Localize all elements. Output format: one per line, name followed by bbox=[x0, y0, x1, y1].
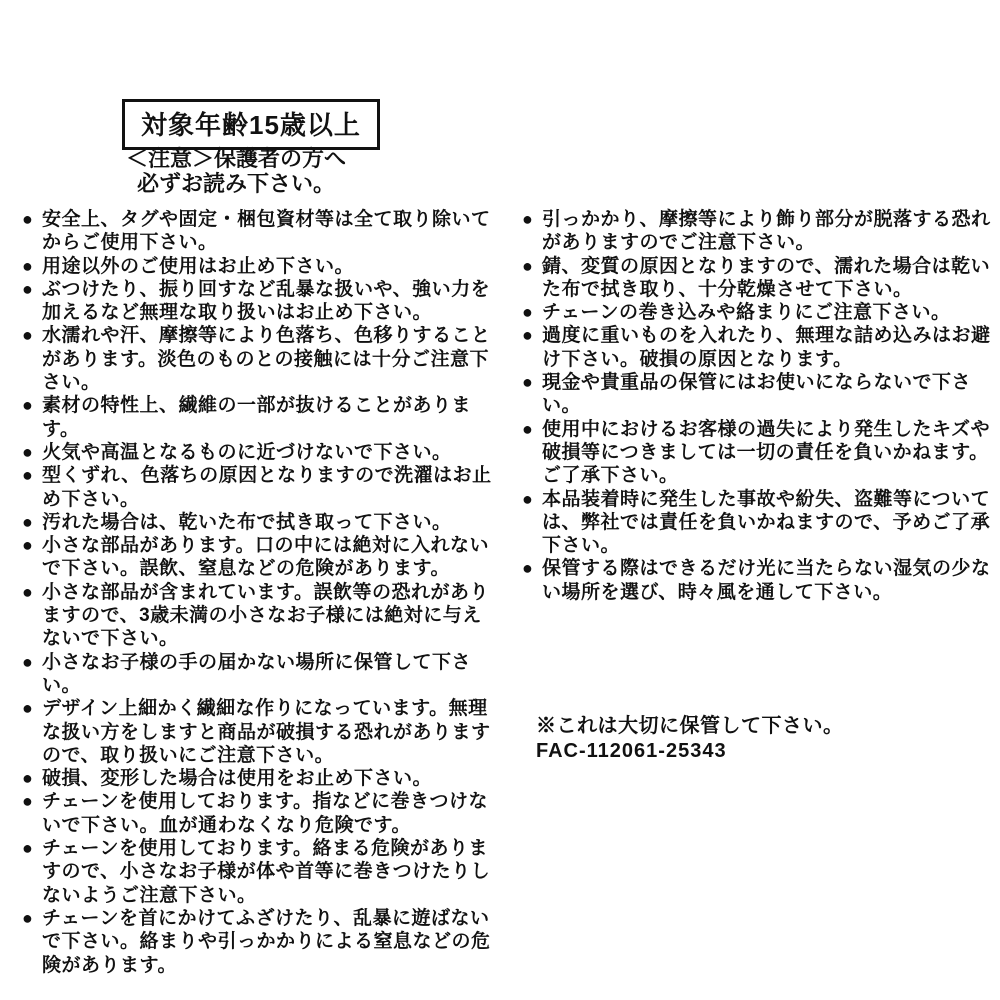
warning-text: 本品装着時に発生した事故や紛失、盗難等については、弊社では責任を負いかねますので… bbox=[542, 488, 994, 558]
caution-heading-line1: ＜注意＞保護者の方へ bbox=[76, 146, 396, 171]
warning-item: ●ぶつけたり、振り回すなど乱暴な扱いや、強い力を加えるなど無理な取り扱いはお止め… bbox=[22, 278, 500, 325]
bullet-icon: ● bbox=[522, 301, 542, 324]
bullet-icon: ● bbox=[522, 208, 542, 231]
warning-item: ●チェーンの巻き込みや絡まりにご注意下さい。 bbox=[522, 301, 994, 324]
bullet-icon: ● bbox=[22, 907, 42, 930]
bullet-icon: ● bbox=[522, 324, 542, 347]
warning-item: ●水濡れや汗、摩擦等により色落ち、色移りすることがあります。淡色のものとの接触に… bbox=[22, 324, 500, 394]
warning-label-sheet: 対象年齢15歳以上 ＜注意＞保護者の方へ 必ずお読み下さい。 ●安全上、タグや固… bbox=[0, 0, 1000, 1000]
warning-text: 使用中におけるお客様の過失により発生したキズや破損等につきましては一切の責任を負… bbox=[542, 418, 994, 488]
bullet-icon: ● bbox=[22, 581, 42, 604]
warning-text: チェーンを使用しております。指などに巻きつけないで下さい。血が通わなくなり危険で… bbox=[42, 790, 500, 837]
bullet-icon: ● bbox=[22, 464, 42, 487]
warning-item: ●用途以外のご使用はお止め下さい。 bbox=[22, 255, 500, 278]
bullet-icon: ● bbox=[522, 557, 542, 580]
bullet-icon: ● bbox=[22, 324, 42, 347]
warning-text: 素材の特性上、繊維の一部が抜けることがあります。 bbox=[42, 394, 500, 441]
warning-item: ●錆、変質の原因となりますので、濡れた場合は乾いた布で拭き取り、十分乾燥させて下… bbox=[522, 255, 994, 302]
warning-text: 引っかかり、摩擦等により飾り部分が脱落する恐れがありますのでご注意下さい。 bbox=[542, 208, 994, 255]
warning-item: ●デザイン上細かく繊細な作りになっています。無理な扱い方をしますと商品が破損する… bbox=[22, 697, 500, 767]
age-restriction-box: 対象年齢15歳以上 bbox=[122, 99, 380, 150]
warning-item: ●破損、変形した場合は使用をお止め下さい。 bbox=[22, 767, 500, 790]
caution-heading-line2: 必ずお読み下さい。 bbox=[76, 171, 396, 196]
warning-text: 安全上、タグや固定・梱包資材等は全て取り除いてからご使用下さい。 bbox=[42, 208, 500, 255]
bullet-icon: ● bbox=[22, 255, 42, 278]
storage-note-text: ※これは大切に保管して下さい。 bbox=[536, 714, 844, 739]
warning-text: 小さな部品があります。口の中には絶対に入れないで下さい。誤飲、窒息などの危険があ… bbox=[42, 534, 500, 581]
warning-item: ●本品装着時に発生した事故や紛失、盗難等については、弊社では責任を負いかねますの… bbox=[522, 488, 994, 558]
bullet-icon: ● bbox=[522, 255, 542, 278]
warning-text: 汚れた場合は、乾いた布で拭き取って下さい。 bbox=[42, 511, 500, 534]
warning-text: 水濡れや汗、摩擦等により色落ち、色移りすることがあります。淡色のものとの接触には… bbox=[42, 324, 500, 394]
bullet-icon: ● bbox=[22, 208, 42, 231]
warning-item: ●小さな部品が含まれています。誤飲等の恐れがありますので、3歳未満の小さなお子様… bbox=[22, 581, 500, 651]
bullet-icon: ● bbox=[22, 511, 42, 534]
bullet-icon: ● bbox=[22, 534, 42, 557]
warning-text: 過度に重いものを入れたり、無理な詰め込みはお避け下さい。破損の原因となります。 bbox=[542, 324, 994, 371]
bullet-icon: ● bbox=[22, 837, 42, 860]
bullet-icon: ● bbox=[22, 767, 42, 790]
warning-text: ぶつけたり、振り回すなど乱暴な扱いや、強い力を加えるなど無理な取り扱いはお止め下… bbox=[42, 278, 500, 325]
warning-text: 錆、変質の原因となりますので、濡れた場合は乾いた布で拭き取り、十分乾燥させて下さ… bbox=[542, 255, 994, 302]
warning-item: ●チェーンを首にかけてふざけたり、乱暴に遊ばないで下さい。絡まりや引っかかりによ… bbox=[22, 907, 500, 977]
warning-item: ●安全上、タグや固定・梱包資材等は全て取り除いてからご使用下さい。 bbox=[22, 208, 500, 255]
warning-text: 保管する際はできるだけ光に当たらない湿気の少ない場所を選び、時々風を通して下さい… bbox=[542, 557, 994, 604]
warning-item: ●汚れた場合は、乾いた布で拭き取って下さい。 bbox=[22, 511, 500, 534]
warning-text: 火気や高温となるものに近づけないで下さい。 bbox=[42, 441, 500, 464]
warning-item: ●小さな部品があります。口の中には絶対に入れないで下さい。誤飲、窒息などの危険が… bbox=[22, 534, 500, 581]
warning-item: ●過度に重いものを入れたり、無理な詰め込みはお避け下さい。破損の原因となります。 bbox=[522, 324, 994, 371]
product-code: FAC-112061-25343 bbox=[536, 739, 844, 764]
warning-text: 小さなお子様の手の届かない場所に保管して下さい。 bbox=[42, 651, 500, 698]
bullet-icon: ● bbox=[522, 371, 542, 394]
warning-item: ●チェーンを使用しております。指などに巻きつけないで下さい。血が通わなくなり危険… bbox=[22, 790, 500, 837]
warning-text: チェーンを首にかけてふざけたり、乱暴に遊ばないで下さい。絡まりや引っかかりによる… bbox=[42, 907, 500, 977]
warnings-right-column: ●引っかかり、摩擦等により飾り部分が脱落する恐れがありますのでご注意下さい。 ●… bbox=[522, 208, 994, 604]
warning-item: ●型くずれ、色落ちの原因となりますので洗濯はお止め下さい。 bbox=[22, 464, 500, 511]
bullet-icon: ● bbox=[22, 697, 42, 720]
warning-text: 現金や貴重品の保管にはお使いにならないで下さい。 bbox=[542, 371, 994, 418]
bullet-icon: ● bbox=[22, 651, 42, 674]
caution-heading: ＜注意＞保護者の方へ 必ずお読み下さい。 bbox=[76, 146, 396, 196]
warning-item: ●素材の特性上、繊維の一部が抜けることがあります。 bbox=[22, 394, 500, 441]
warning-text: デザイン上細かく繊細な作りになっています。無理な扱い方をしますと商品が破損する恐… bbox=[42, 697, 500, 767]
warning-item: ●引っかかり、摩擦等により飾り部分が脱落する恐れがありますのでご注意下さい。 bbox=[522, 208, 994, 255]
warning-item: ●現金や貴重品の保管にはお使いにならないで下さい。 bbox=[522, 371, 994, 418]
warning-item: ●火気や高温となるものに近づけないで下さい。 bbox=[22, 441, 500, 464]
bullet-icon: ● bbox=[22, 278, 42, 301]
bullet-icon: ● bbox=[22, 394, 42, 417]
bullet-icon: ● bbox=[22, 790, 42, 813]
warning-text: 小さな部品が含まれています。誤飲等の恐れがありますので、3歳未満の小さなお子様に… bbox=[42, 581, 500, 651]
bullet-icon: ● bbox=[22, 441, 42, 464]
warning-item: ●保管する際はできるだけ光に当たらない湿気の少ない場所を選び、時々風を通して下さ… bbox=[522, 557, 994, 604]
warning-text: 破損、変形した場合は使用をお止め下さい。 bbox=[42, 767, 500, 790]
warning-text: 型くずれ、色落ちの原因となりますので洗濯はお止め下さい。 bbox=[42, 464, 500, 511]
warning-item: ●使用中におけるお客様の過失により発生したキズや破損等につきましては一切の責任を… bbox=[522, 418, 994, 488]
warning-text: チェーンの巻き込みや絡まりにご注意下さい。 bbox=[542, 301, 994, 324]
warning-item: ●チェーンを使用しております。絡まる危険がありますので、小さなお子様が体や首等に… bbox=[22, 837, 500, 907]
warning-text: 用途以外のご使用はお止め下さい。 bbox=[42, 255, 500, 278]
warnings-left-column: ●安全上、タグや固定・梱包資材等は全て取り除いてからご使用下さい。 ●用途以外の… bbox=[22, 208, 500, 977]
storage-note: ※これは大切に保管して下さい。 FAC-112061-25343 bbox=[536, 714, 844, 764]
warning-item: ●小さなお子様の手の届かない場所に保管して下さい。 bbox=[22, 651, 500, 698]
warning-text: チェーンを使用しております。絡まる危険がありますので、小さなお子様が体や首等に巻… bbox=[42, 837, 500, 907]
bullet-icon: ● bbox=[522, 488, 542, 511]
bullet-icon: ● bbox=[522, 418, 542, 441]
